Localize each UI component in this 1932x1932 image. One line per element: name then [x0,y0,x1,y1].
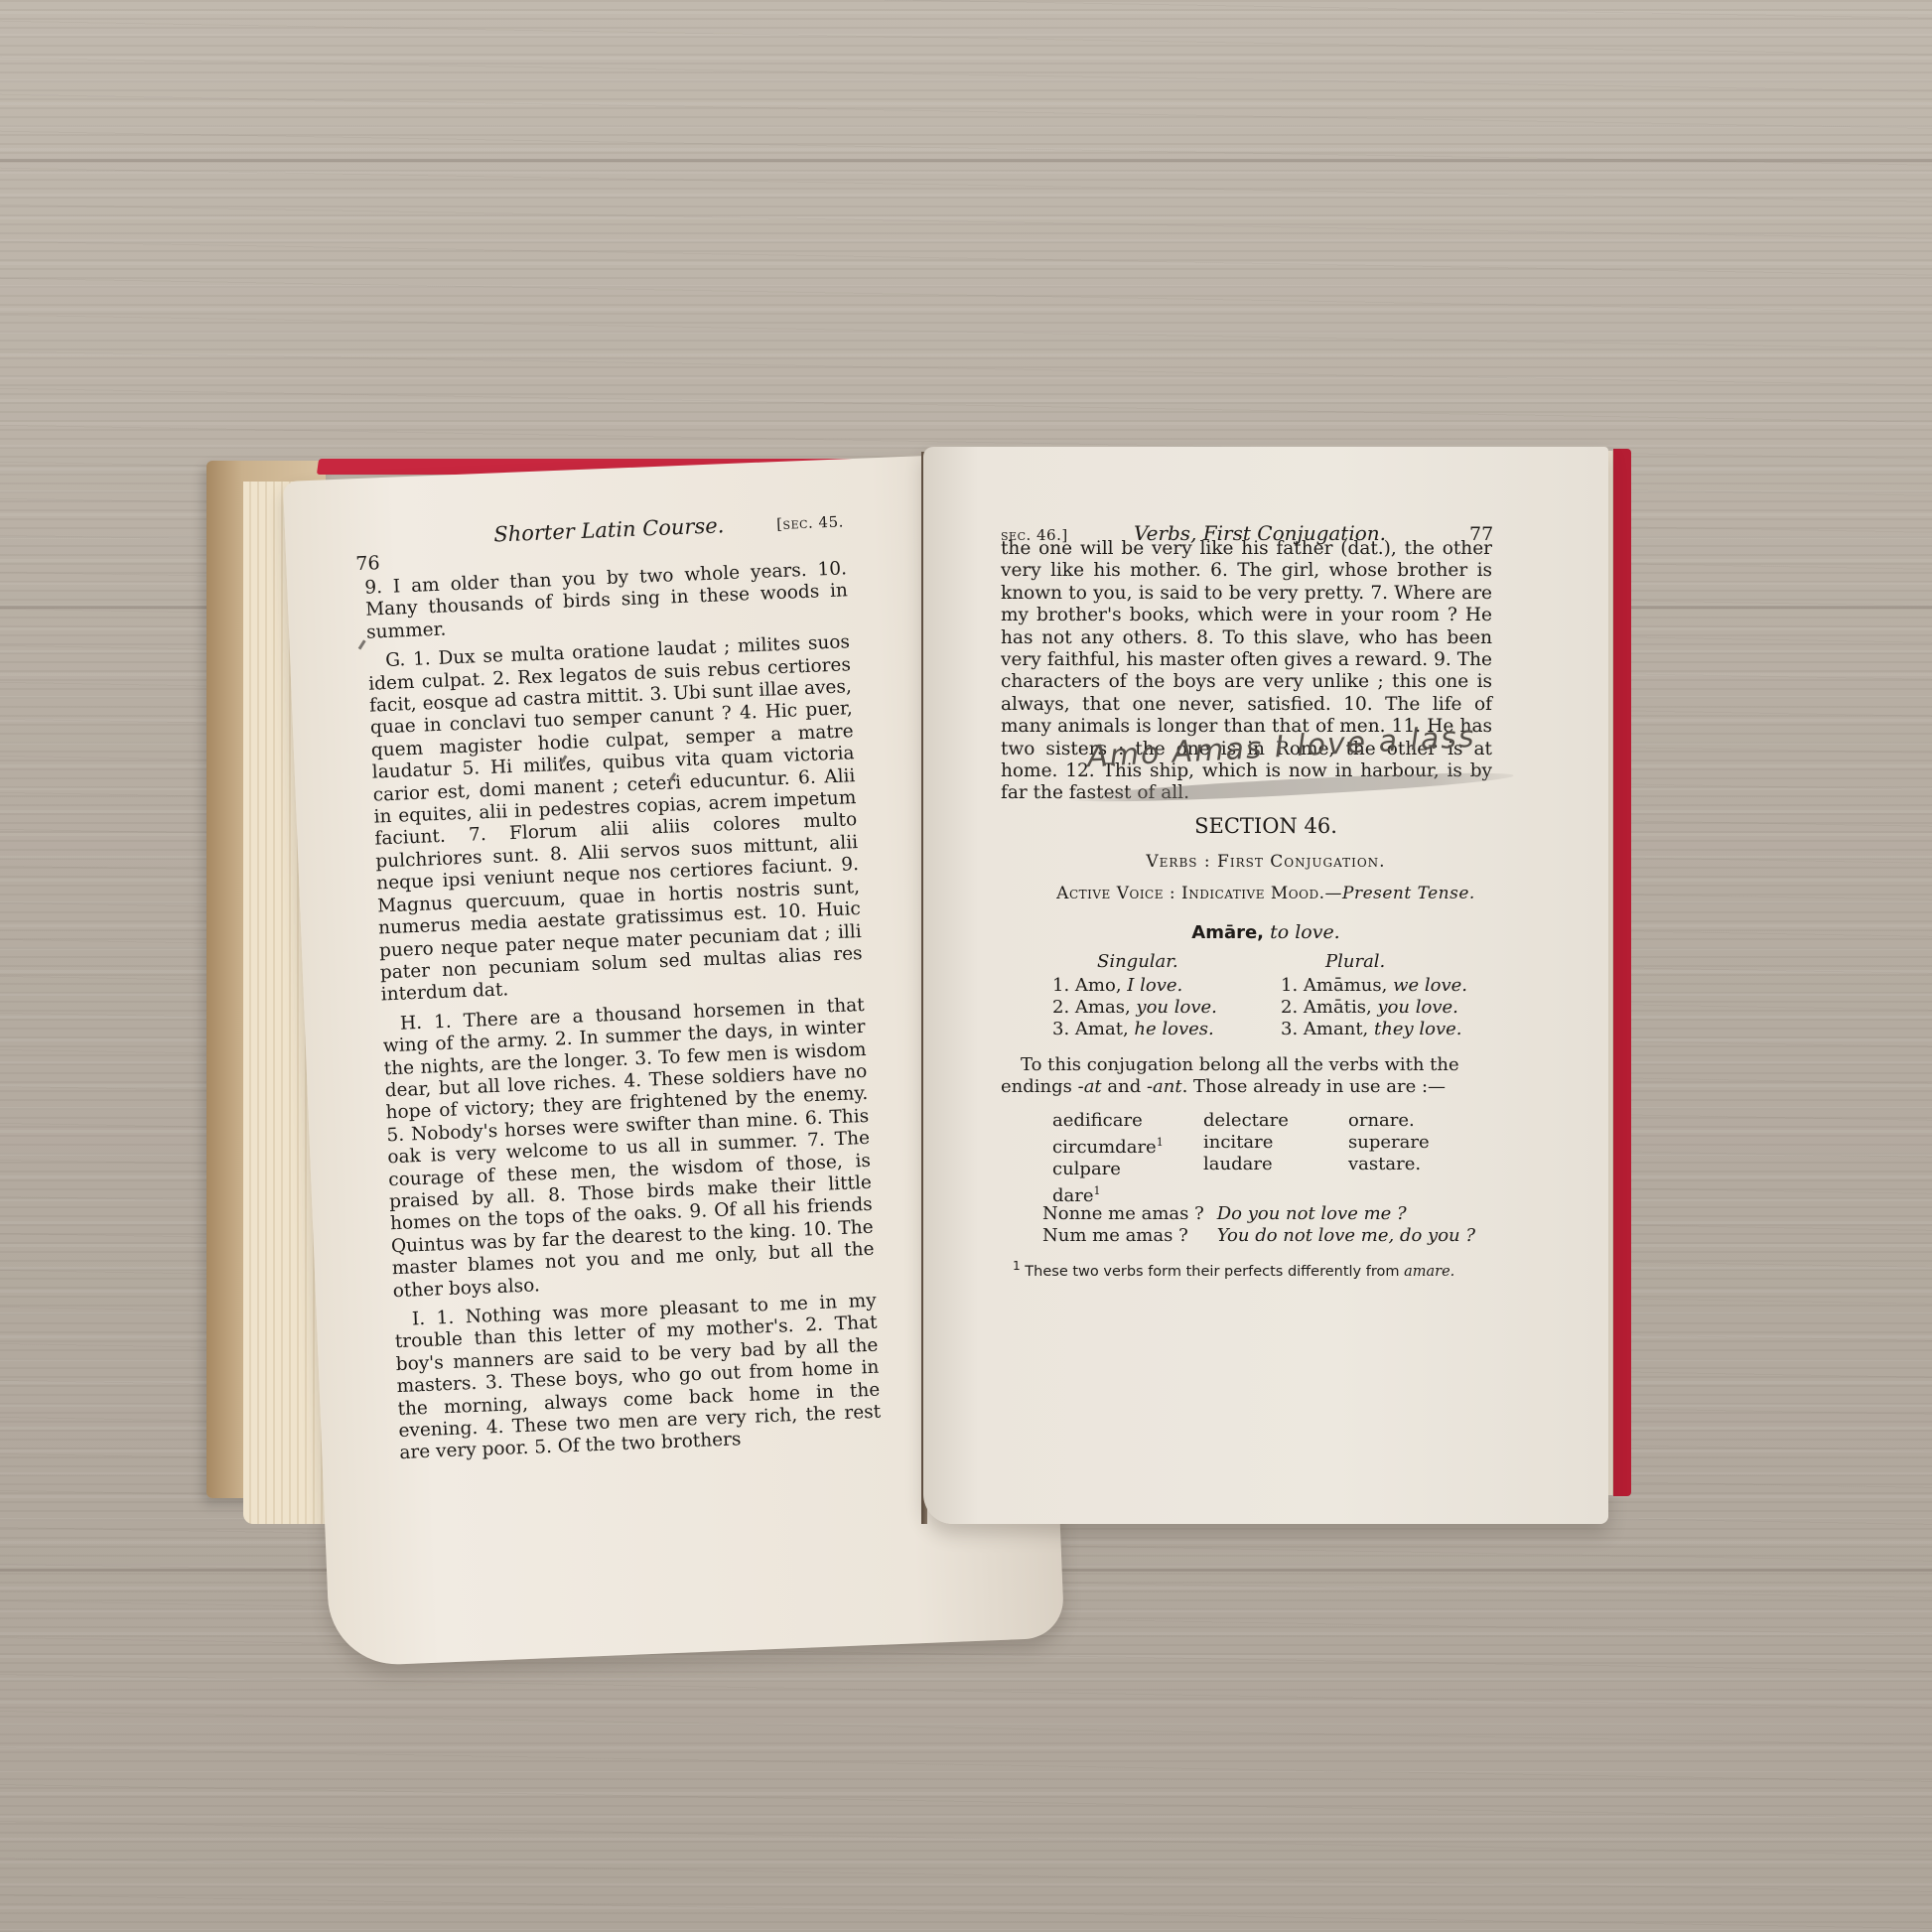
exercise-G: G. 1. Dux se multa oratione laudat ; mil… [367,631,864,1007]
conjugation-row: 3. Amat, he loves. [1052,1019,1281,1040]
open-book: 76 Shorter Latin Course. [sec. 45. 9. I … [189,447,1638,1688]
verb-item: circumdare1 [1052,1132,1211,1159]
verb-item: culpare [1052,1159,1211,1180]
conjugation-row: 1. Amo, I love. [1052,975,1281,997]
footnote: 1 These two verbs form their perfects di… [1013,1259,1454,1280]
verb-item: incitare [1203,1132,1362,1154]
plural-header: Plural. [1281,951,1509,973]
footnote-text: These two verbs form their perfects diff… [1021,1264,1404,1280]
verb-meaning: to love. [1270,921,1340,943]
table-plank-seam [0,159,1932,162]
tense-label: Present Tense. [1342,884,1475,903]
voice-mood-tense-heading: Active Voice : Indicative Mood.—Present … [923,884,1608,903]
left-page-text: 9. I am older than you by two whole year… [364,558,883,1472]
example-questions: Nonne me amas ? Do you not love me ? Num… [1042,1203,1475,1247]
verb-item: laudare [1203,1154,1362,1175]
latin-form: Amāmus, [1304,975,1387,996]
verb-list-column-2: delectare incitare laudare [1203,1110,1362,1175]
verb-word: aedificare [1052,1110,1143,1131]
page-number-left: 76 [355,552,380,575]
footnote-mark: 1 [1157,1136,1164,1149]
verb-heading: Amāre, to love. [923,921,1608,943]
section-ref-left: [sec. 45. [776,512,844,533]
english-gloss: they love. [1374,1019,1462,1039]
book-cover-right [1613,449,1631,1496]
conjugation-singular-column: Singular. 1. Amo, I love. 2. Amas, you l… [1052,951,1281,1040]
conjugation-plural-column: Plural. 1. Amāmus, we love. 2. Amātis, y… [1281,951,1509,1040]
question-row: Num me amas ? You do not love me, do you… [1042,1225,1475,1247]
verb-infinitive: Amāre, [1191,922,1264,943]
person-number: 2. [1052,997,1069,1018]
conjugation-row: 1. Amāmus, we love. [1281,975,1509,997]
footnote-mark: 1 [1013,1259,1021,1273]
english-gloss: we love. [1393,975,1467,996]
voice-label: Active Voice : Indicative Mood.— [1056,884,1342,903]
latin-form: Amātis, [1304,997,1372,1018]
conjugation-row: 2. Amas, you love. [1052,997,1281,1019]
singular-header: Singular. [1052,951,1281,973]
text-fragment: endings [1001,1076,1078,1097]
verb-item: vastare. [1348,1154,1507,1175]
conjugation-row: 3. Amant, they love. [1281,1019,1509,1040]
exercise-I: I. 1. Nothing was more pleasant to me in… [394,1291,883,1465]
text-fragment: and [1102,1076,1147,1097]
person-number: 1. [1052,975,1069,996]
english-gloss: he loves. [1134,1019,1213,1039]
exercise-H: H. 1. There are a thousand horsemen in t… [382,995,876,1304]
running-title-left: Shorter Latin Course. [493,513,725,546]
footnote-mark: 1 [1094,1184,1101,1197]
english-gloss: you love. [1136,997,1216,1018]
verb-item: delectare [1203,1110,1362,1132]
english-gloss: you love. [1377,997,1457,1018]
english-translation: Do you not love me ? [1217,1203,1407,1224]
right-page: sec. 46.] Verbs, First Conjugation. 77 t… [923,447,1608,1524]
pencil-tick-mark [358,639,366,649]
english-translation: You do not love me, do you ? [1217,1225,1475,1246]
description-line-1: To this conjugation belong all the verbs… [1001,1054,1492,1076]
latin-form: Amas, [1075,997,1131,1018]
ending-at: -at [1078,1076,1102,1097]
verb-list-column-3: ornare. superare vastare. [1348,1110,1507,1175]
english-gloss: I love. [1127,975,1182,996]
verb-list-column-1: aedificare circumdare1 culpare dare1 [1052,1110,1211,1207]
section-title: SECTION 46. [923,814,1608,838]
paragraph-continuation: 9. I am older than you by two whole year… [364,558,849,644]
section-subtitle: Verbs : First Conjugation. [923,852,1608,872]
latin-form: Amat, [1075,1019,1129,1039]
latin-question: Nonne me amas ? [1042,1203,1211,1225]
verb-word: culpare [1052,1159,1121,1179]
person-number: 1. [1281,975,1298,996]
latin-question: Num me amas ? [1042,1225,1211,1247]
person-number: 3. [1281,1019,1298,1039]
conjugation-row: 2. Amātis, you love. [1281,997,1509,1019]
question-row: Nonne me amas ? Do you not love me ? [1042,1203,1475,1225]
verb-item: superare [1348,1132,1507,1154]
latin-form: Amant, [1304,1019,1368,1039]
footnote-word: amare. [1404,1264,1454,1280]
description-line-2: endings -at and -ant. Those already in u… [1001,1076,1492,1098]
verb-item: aedificare [1052,1110,1211,1132]
text-fragment: . Those already in use are :— [1182,1076,1446,1097]
conjugation-description: To this conjugation belong all the verbs… [1001,1054,1492,1098]
verb-word: circumdare [1052,1137,1157,1158]
person-number: 3. [1052,1019,1069,1039]
verb-item: ornare. [1348,1110,1507,1132]
latin-form: Amo, [1075,975,1122,996]
person-number: 2. [1281,997,1298,1018]
ending-ant: -ant [1147,1076,1182,1097]
